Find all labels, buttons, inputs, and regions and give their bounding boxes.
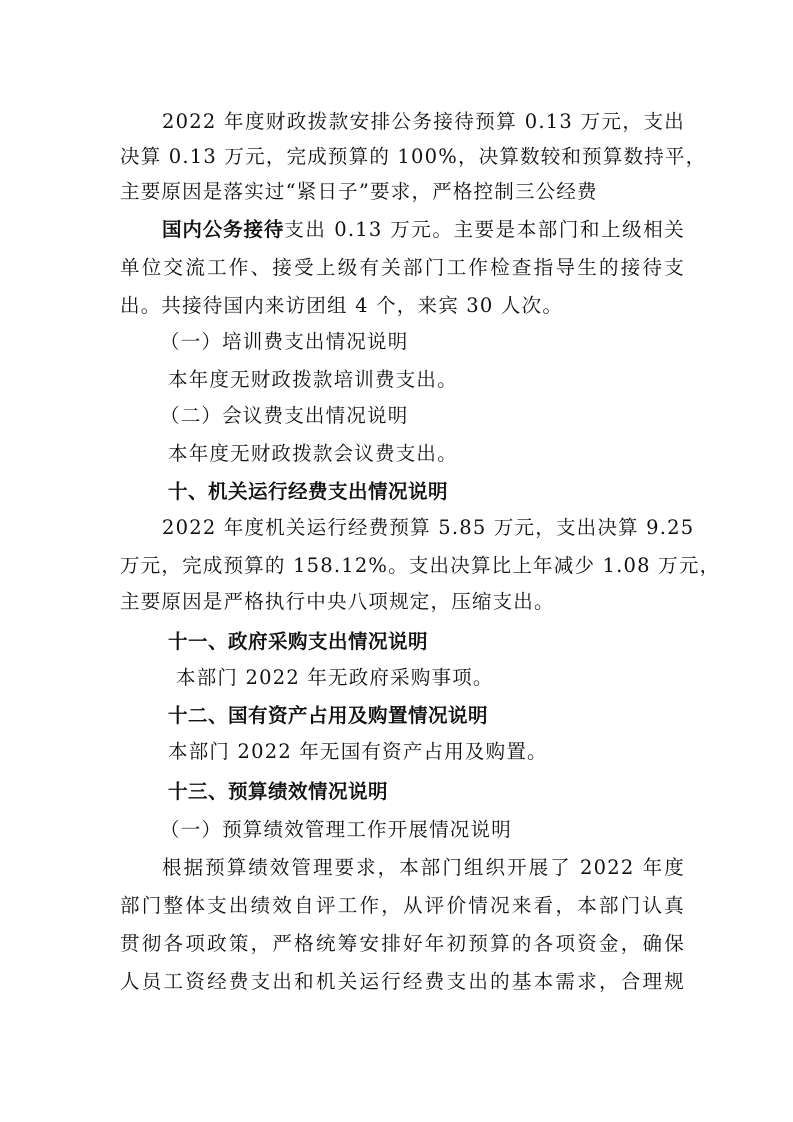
paragraph-performance-line-1: 根据预算绩效管理要求，本部门组织开展了 2022 年度 [162,855,685,881]
heading-section-13: 十三、预算绩效情况说明 [168,779,733,805]
paragraph-reception-budget-line-1: 2022 年度财政拨款安排公务接待预算 0.13 万元，支出 [162,109,685,135]
paragraph-operating-expense-line-2: 万元，完成预算的 158.12%。支出决算比上年减少 1.08 万元， [120,553,685,579]
paragraph-reception-budget-line-3: 主要原因是落实过“紧日子”要求，严格控制三公经费 [120,179,685,205]
domestic-reception-bold-lead: 国内公务接待 [162,218,284,241]
paragraph-performance-line-2: 部门整体支出绩效自评工作，从评价情况来看，本部门认真 [120,893,685,919]
paragraph-domestic-reception-line-1: 国内公务接待支出 0.13 万元。主要是本部门和上级相关 [162,217,685,243]
subheading-meeting-expense: （二）会议费支出情况说明 [160,403,725,429]
subheading-training-expense: （一）培训费支出情况说明 [160,329,725,355]
paragraph-domestic-reception-line-3: 出。共接待国内来访团组 4 个，来宾 30 人次。 [120,293,685,319]
paragraph-state-assets: 本部门 2022 年无国有资产占用及购置。 [168,739,733,765]
paragraph-training-expense: 本年度无财政拨款培训费支出。 [168,367,733,393]
paragraph-performance-line-4: 人员工资经费支出和机关运行经费支出的基本需求，合理规 [120,969,685,995]
domestic-reception-text: 支出 0.13 万元。主要是本部门和上级相关 [284,218,685,241]
heading-section-12: 十二、国有资产占用及购置情况说明 [168,703,733,729]
paragraph-operating-expense-line-3: 主要原因是严格执行中央八项规定，压缩支出。 [120,589,685,615]
subheading-performance-management: （一）预算绩效管理工作开展情况说明 [160,817,725,843]
paragraph-performance-line-3: 贯彻各项政策，严格统筹安排好年初预算的各项资金，确保 [120,931,685,957]
paragraph-operating-expense-line-1: 2022 年度机关运行经费预算 5.85 万元，支出决算 9.25 [162,515,685,541]
paragraph-domestic-reception-line-2: 单位交流工作、接受上级有关部门工作检查指导生的接待支 [120,255,685,281]
paragraph-meeting-expense: 本年度无财政拨款会议费支出。 [168,441,733,467]
paragraph-procurement: 本部门 2022 年无政府采购事项。 [176,665,741,691]
heading-section-11: 十一、政府采购支出情况说明 [168,629,733,655]
heading-section-10: 十、机关运行经费支出情况说明 [168,479,733,505]
paragraph-reception-budget-line-2: 决算 0.13 万元，完成预算的 100%，决算数较和预算数持平， [120,144,685,170]
